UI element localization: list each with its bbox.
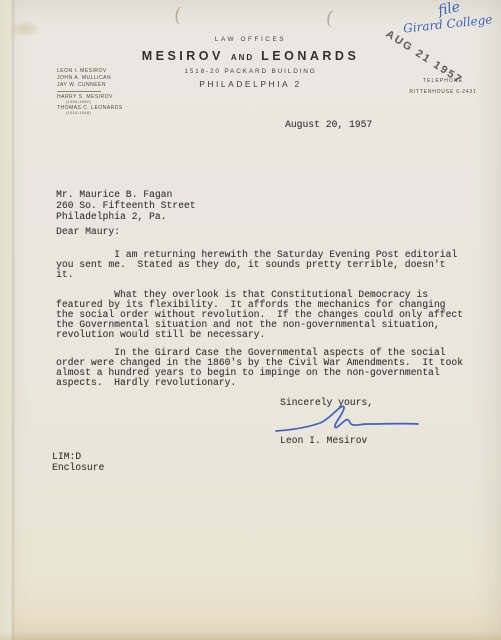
- pencil-mark-left: (: [173, 4, 183, 27]
- body-paragraph-1: I am returning herewith the Saturday Eve…: [56, 250, 457, 280]
- firm-name-part1: MESIROV: [142, 49, 224, 63]
- body-paragraph-3: In the Girard Case the Governmental aspe…: [56, 348, 463, 388]
- paper-bottom-edge-shading: [0, 632, 501, 640]
- recipient-address: Mr. Maurice B. Fagan 260 So. Fifteenth S…: [56, 189, 196, 222]
- salutation: Dear Maury:: [56, 227, 120, 237]
- attorney-list-divider: [57, 91, 101, 92]
- reference-and-enclosure: LIM:D Enclosure: [52, 451, 104, 473]
- paper-fold-line: [12, 0, 15, 640]
- telephone-label: TELEPHONE: [393, 79, 493, 84]
- attorney-name: LEON I. MESIROV: [57, 68, 167, 75]
- law-offices-label: LAW OFFICES: [0, 36, 501, 43]
- attorney-list: LEON I. MESIROV JOHN A. MULLICAN JAY W. …: [57, 68, 167, 115]
- paper-smudge: [12, 22, 38, 36]
- scanned-letter-page: ( ( LAW OFFICES MESIROV AND LEONARDS 151…: [0, 0, 501, 640]
- attorney-name: JOHN A. MULLICAN: [57, 75, 167, 82]
- body-paragraph-2: What they overlook is that Constitutiona…: [56, 290, 463, 340]
- telephone-number: RITTENHOUSE 6-2431: [393, 90, 493, 95]
- deceased-attorney-years: (1916-1948): [57, 111, 167, 116]
- firm-name-part2: LEONARDS: [261, 49, 359, 63]
- letter-date: August 20, 1957: [285, 120, 372, 130]
- firm-name-and: AND: [231, 53, 254, 62]
- typed-signature-name: Leon I. Mesirov: [280, 436, 367, 446]
- attorney-name: JAY W. CUNNEEN: [57, 82, 167, 89]
- pencil-mark-right: (: [324, 7, 335, 30]
- telephone-block: TELEPHONE RITTENHOUSE 6-2431: [393, 79, 493, 95]
